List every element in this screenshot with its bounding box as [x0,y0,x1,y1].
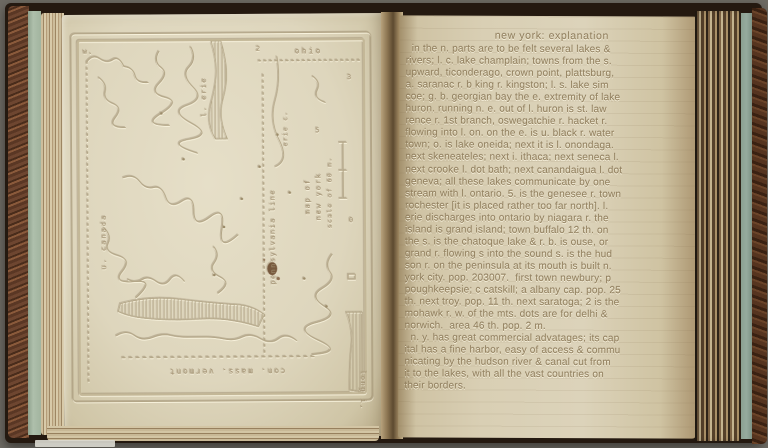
text-line: geneva; all these lakes communicate by o… [405,176,697,189]
inner-margin-dotted-line [87,62,89,384]
river-line [104,227,146,297]
river-line [212,247,226,293]
text-line: rochester [it is placed rather too far n… [405,200,697,213]
map-number-2: 2 [256,45,260,53]
map-number-5: 5 [315,126,319,134]
left-page-stack-edges [41,13,64,435]
river-line [179,47,202,153]
river-line [153,51,173,125]
text-line: island is grand island; town buffalo 12 … [405,224,697,237]
ohio-label: ohio [295,46,323,55]
map-title-line2: new york [315,172,323,220]
tactile-map: w. ohio l. erie erie c. 2 3 5 0 map of n… [63,16,388,432]
explanation-text-block: in the n. parts are to be felt several l… [404,43,698,394]
text-line: grand r. flowing s into the sound s. is … [405,248,697,261]
explanation-page: new york: explanation in the n. parts ar… [398,15,698,438]
scale-bar [339,142,346,198]
coastline [117,332,297,343]
map-title-block: map of new york scale of 60 m. [304,157,334,229]
text-line: next skeneateles; next i. ithaca; next s… [405,152,697,165]
river-line [313,76,325,102]
lake-band-hatched [118,297,264,327]
bottom-border-states-label: con. mass. vermont [168,367,285,377]
text-line: next crooke l. dot bath; next canandaigu… [405,164,697,177]
long-island-label: long i. [359,370,367,410]
river-line [124,176,238,244]
text-line: erie discharges into ontario by niagara … [405,212,697,225]
bottom-boundary-dotted [123,356,315,357]
right-endpaper-edge [741,13,752,439]
text-line: stream with l. ontario. 5. is the genese… [405,188,697,201]
map-scale-label: scale of 60 m. [326,157,334,229]
river-line [128,276,184,284]
map-page: w. ohio l. erie erie c. 2 3 5 0 map of n… [62,13,390,438]
erie-canal-label: erie c. [281,111,289,147]
photo-background: w. ohio l. erie erie c. 2 3 5 0 map of n… [0,0,768,448]
text-line: their borders. [404,381,696,394]
pennsylvania-line-label: pennsylvania line [269,189,278,285]
left-endpaper-edge [28,11,41,435]
river-line [87,57,148,83]
map-number-3: 3 [347,73,351,81]
photo-credit-strip [35,440,115,447]
map-number-0: 0 [349,216,353,224]
town-dots [160,111,328,309]
lake-erie-hatched [209,41,228,139]
left-cover-marbled-edge [8,6,29,438]
bottom-page-stack-edges [47,426,379,441]
upper-canada-label: u. canada [100,214,108,270]
text-line: the s. is the chatoque lake & r. b. is o… [405,236,697,249]
ohio-boundary-dotted [259,60,361,61]
compass-west-label: w. [83,48,93,56]
town-square-symbol [348,274,355,279]
lake-erie-label: l. erie [200,77,208,117]
book: w. ohio l. erie erie c. 2 3 5 0 map of n… [5,3,762,443]
right-fore-edge-pages [695,11,741,441]
page-title: new york: explanation [406,29,698,42]
right-cover-edge [752,8,767,444]
river-line [305,254,333,354]
pennsylvania-boundary-dotted [263,75,265,353]
river-line [99,78,125,128]
map-title-line1: map of [304,178,312,214]
